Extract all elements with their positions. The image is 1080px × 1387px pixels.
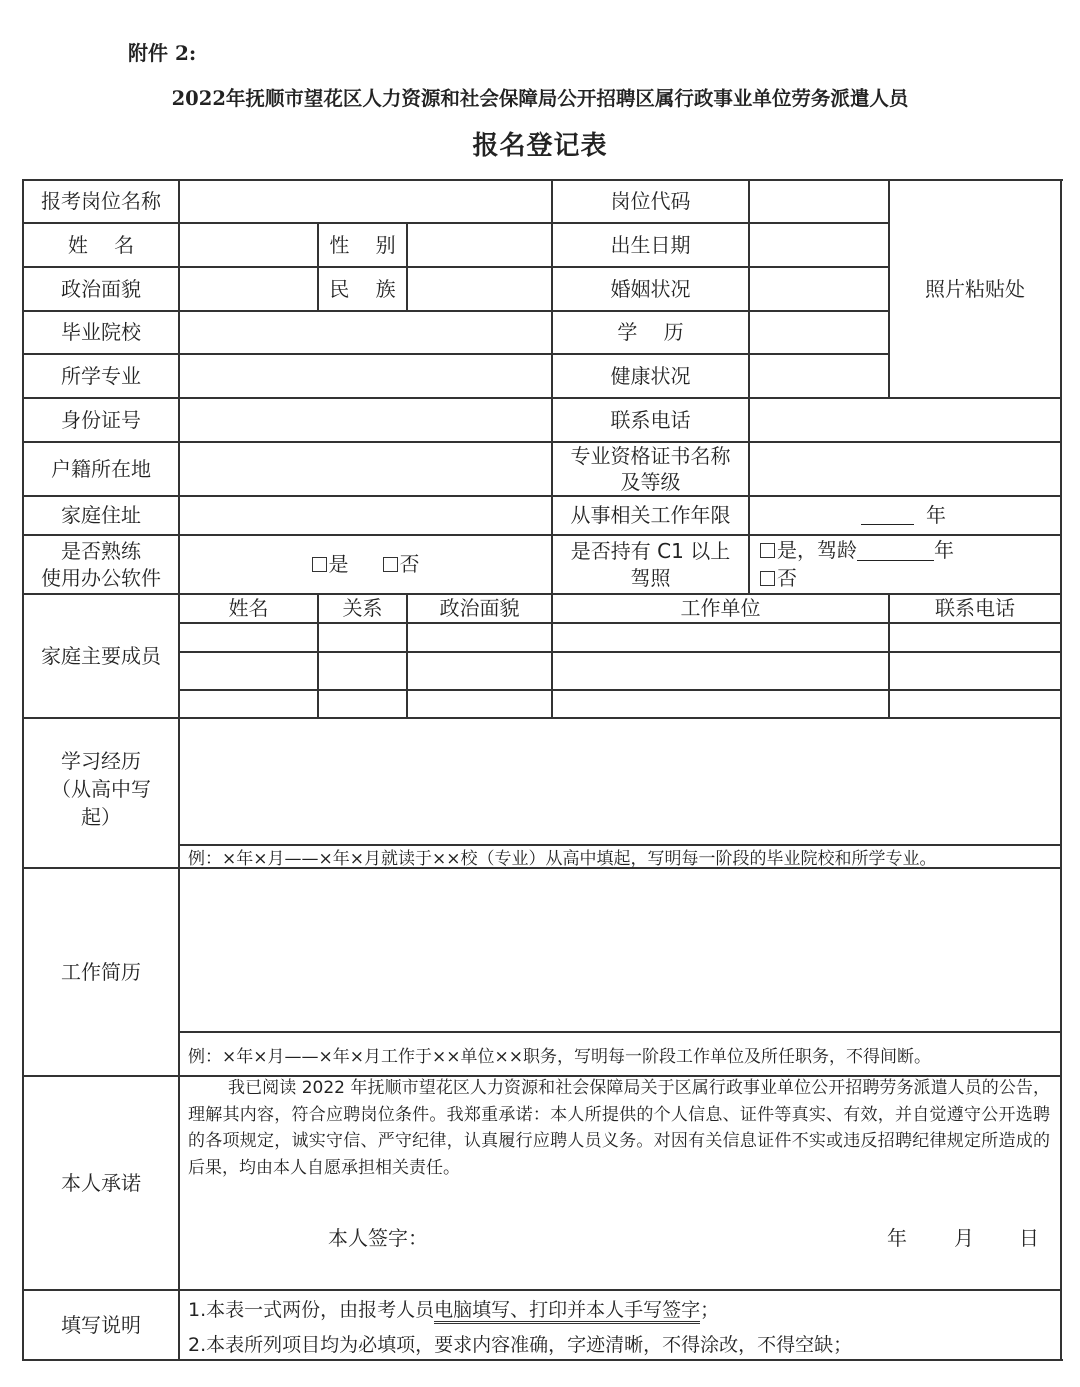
major-field[interactable] [180,355,551,397]
label-household-registration: 户籍所在地 [24,443,178,495]
label-major: 所学专业 [24,355,178,397]
label-study-line2: （从高中写 [51,775,151,803]
label-office-software-line2: 使用办公软件 [41,565,161,592]
work-years-unit: 年 [926,502,946,529]
label-certificate-line1: 专业资格证书名称 [571,443,731,469]
instruction-1-emphasis: 电脑填写、打印并本人手写签字 [434,1299,700,1324]
certificate-field[interactable] [750,443,1060,495]
photo-area[interactable]: 照片粘贴处 [890,181,1060,397]
work-history-field[interactable] [180,869,1060,1031]
family-row1-name[interactable] [180,624,317,651]
family-col-workplace: 工作单位 [553,595,888,622]
family-row1-workplace[interactable] [553,624,888,651]
family-row3-phone[interactable] [890,691,1060,717]
label-study-history: 学习经历 （从高中写 起） [24,719,178,867]
label-education: 学 历 [553,312,748,353]
date-day-label: 日 [1019,1222,1039,1251]
label-home-address: 家庭住址 [24,497,178,534]
office-software-no-label: 否 [400,552,420,576]
checkbox-icon[interactable] [760,571,775,586]
name-field[interactable] [180,224,317,266]
driving-yes-option[interactable]: 是，驾龄年 [760,536,1060,564]
label-instructions: 填写说明 [24,1291,178,1359]
family-col-phone: 联系电话 [890,595,1060,622]
driving-years-unit: 年 [934,538,954,562]
family-col-political-status: 政治面貌 [408,595,551,622]
family-row1-phone[interactable] [890,624,1060,651]
id-number-field[interactable] [180,399,551,441]
driving-license-options: 是，驾龄年 否 [760,536,1060,593]
pledge-text: 我已阅读 2022 年抚顺市望花区人力资源和社会保障局关于区属行政事业单位公开招… [188,1075,1050,1181]
family-row2-relation[interactable] [319,653,406,689]
label-id-number: 身份证号 [24,399,178,441]
home-address-field[interactable] [180,497,551,534]
family-row2-workplace[interactable] [553,653,888,689]
label-work-years: 从事相关工作年限 [553,497,748,534]
household-registration-field[interactable] [180,443,551,495]
label-certificate: 专业资格证书名称 及等级 [553,443,748,495]
driving-years-blank[interactable] [857,543,934,561]
position-name-field[interactable] [180,181,551,222]
graduate-school-field[interactable] [180,312,551,353]
family-row2-political-status[interactable] [408,653,551,689]
instruction-1-suffix: ； [700,1299,719,1321]
label-marital-status: 婚姻状况 [553,268,748,310]
label-work-history: 工作简历 [24,869,178,1075]
label-certificate-line2: 及等级 [621,469,681,495]
family-row1-relation[interactable] [319,624,406,651]
family-row3-relation[interactable] [319,691,406,717]
label-gender: 性 别 [319,224,406,266]
family-row3-political-status[interactable] [408,691,551,717]
office-software-options: 是 否 [180,536,551,593]
attachment-label: 附件 2: [128,37,196,66]
form-subtitle: 报名登记表 [0,125,1080,162]
label-phone: 联系电话 [553,399,748,441]
driving-no-label: 否 [777,566,797,590]
label-name: 姓 名 [24,224,178,266]
label-political-status: 政治面貌 [24,268,178,310]
ethnicity-field[interactable] [408,268,551,310]
divider [1060,179,1062,1361]
form-title: 2022年抚顺市望花区人力资源和社会保障局公开招聘区属行政事业单位劳务派遣人员 [0,83,1080,111]
driving-no-option[interactable]: 否 [760,564,1060,592]
family-row1-political-status[interactable] [408,624,551,651]
political-status-field[interactable] [180,268,317,310]
gender-field[interactable] [408,224,551,266]
label-graduate-school: 毕业院校 [24,312,178,353]
driving-yes-label: 是，驾龄 [777,538,857,562]
label-ethnicity: 民 族 [319,268,406,310]
work-years-blank[interactable] [861,507,914,525]
work-example: 例：×年×月——×年×月工作于××单位××职务，写明每一阶段工作单位及所任职务，… [188,1033,1058,1075]
family-row3-workplace[interactable] [553,691,888,717]
family-col-name: 姓名 [180,595,317,622]
instruction-1-prefix: 1.本表一式两份，由报考人员 [188,1299,434,1321]
family-row3-name[interactable] [180,691,317,717]
date-month-label: 月 [954,1222,974,1251]
label-office-software: 是否熟练 使用办公软件 [24,536,178,593]
label-driving-line1: 是否持有 C1 以上 [571,538,730,565]
work-years-field[interactable]: 年 [750,497,1060,534]
label-driving-license: 是否持有 C1 以上 驾照 [553,536,748,593]
label-position-name: 报考岗位名称 [24,181,178,222]
signature-field[interactable] [430,1218,850,1252]
label-study-line3: 起） [81,803,121,831]
label-study-line1: 学习经历 [61,747,141,775]
education-field[interactable] [750,312,888,353]
office-software-no-option[interactable]: 否 [383,551,420,578]
label-office-software-line1: 是否熟练 [61,538,141,565]
label-health: 健康状况 [553,355,748,397]
birth-date-field[interactable] [750,224,888,266]
date-year-label: 年 [887,1222,907,1251]
phone-field[interactable] [750,399,1060,441]
checkbox-icon[interactable] [312,557,327,572]
checkbox-icon[interactable] [383,557,398,572]
marital-status-field[interactable] [750,268,888,310]
label-driving-line2: 驾照 [631,565,671,592]
family-col-relation: 关系 [319,595,406,622]
label-family-members: 家庭主要成员 [24,595,178,717]
instruction-item-1: 1.本表一式两份，由报考人员电脑填写、打印并本人手写签字； [188,1295,719,1322]
instruction-item-2: 2.本表所列项目均为必填项，要求内容准确，字迹清晰，不得涂改，不得空缺； [188,1330,852,1357]
label-birth-date: 出生日期 [553,224,748,266]
position-code-field[interactable] [750,181,888,222]
office-software-yes-label: 是 [329,552,349,576]
health-field[interactable] [750,355,888,397]
checkbox-icon[interactable] [760,543,775,558]
signature-label: 本人签字： [328,1222,428,1251]
family-row2-phone[interactable] [890,653,1060,689]
study-history-field[interactable] [180,719,1060,844]
label-position-code: 岗位代码 [553,181,748,222]
family-row2-name[interactable] [180,653,317,689]
office-software-yes-option[interactable]: 是 [312,551,349,578]
divider [22,1289,1062,1291]
study-example: 例：×年×月——×年×月就读于××校（专业）从高中填起，写明每一阶段的毕业院校和… [188,846,1058,867]
label-pledge: 本人承诺 [24,1077,178,1289]
